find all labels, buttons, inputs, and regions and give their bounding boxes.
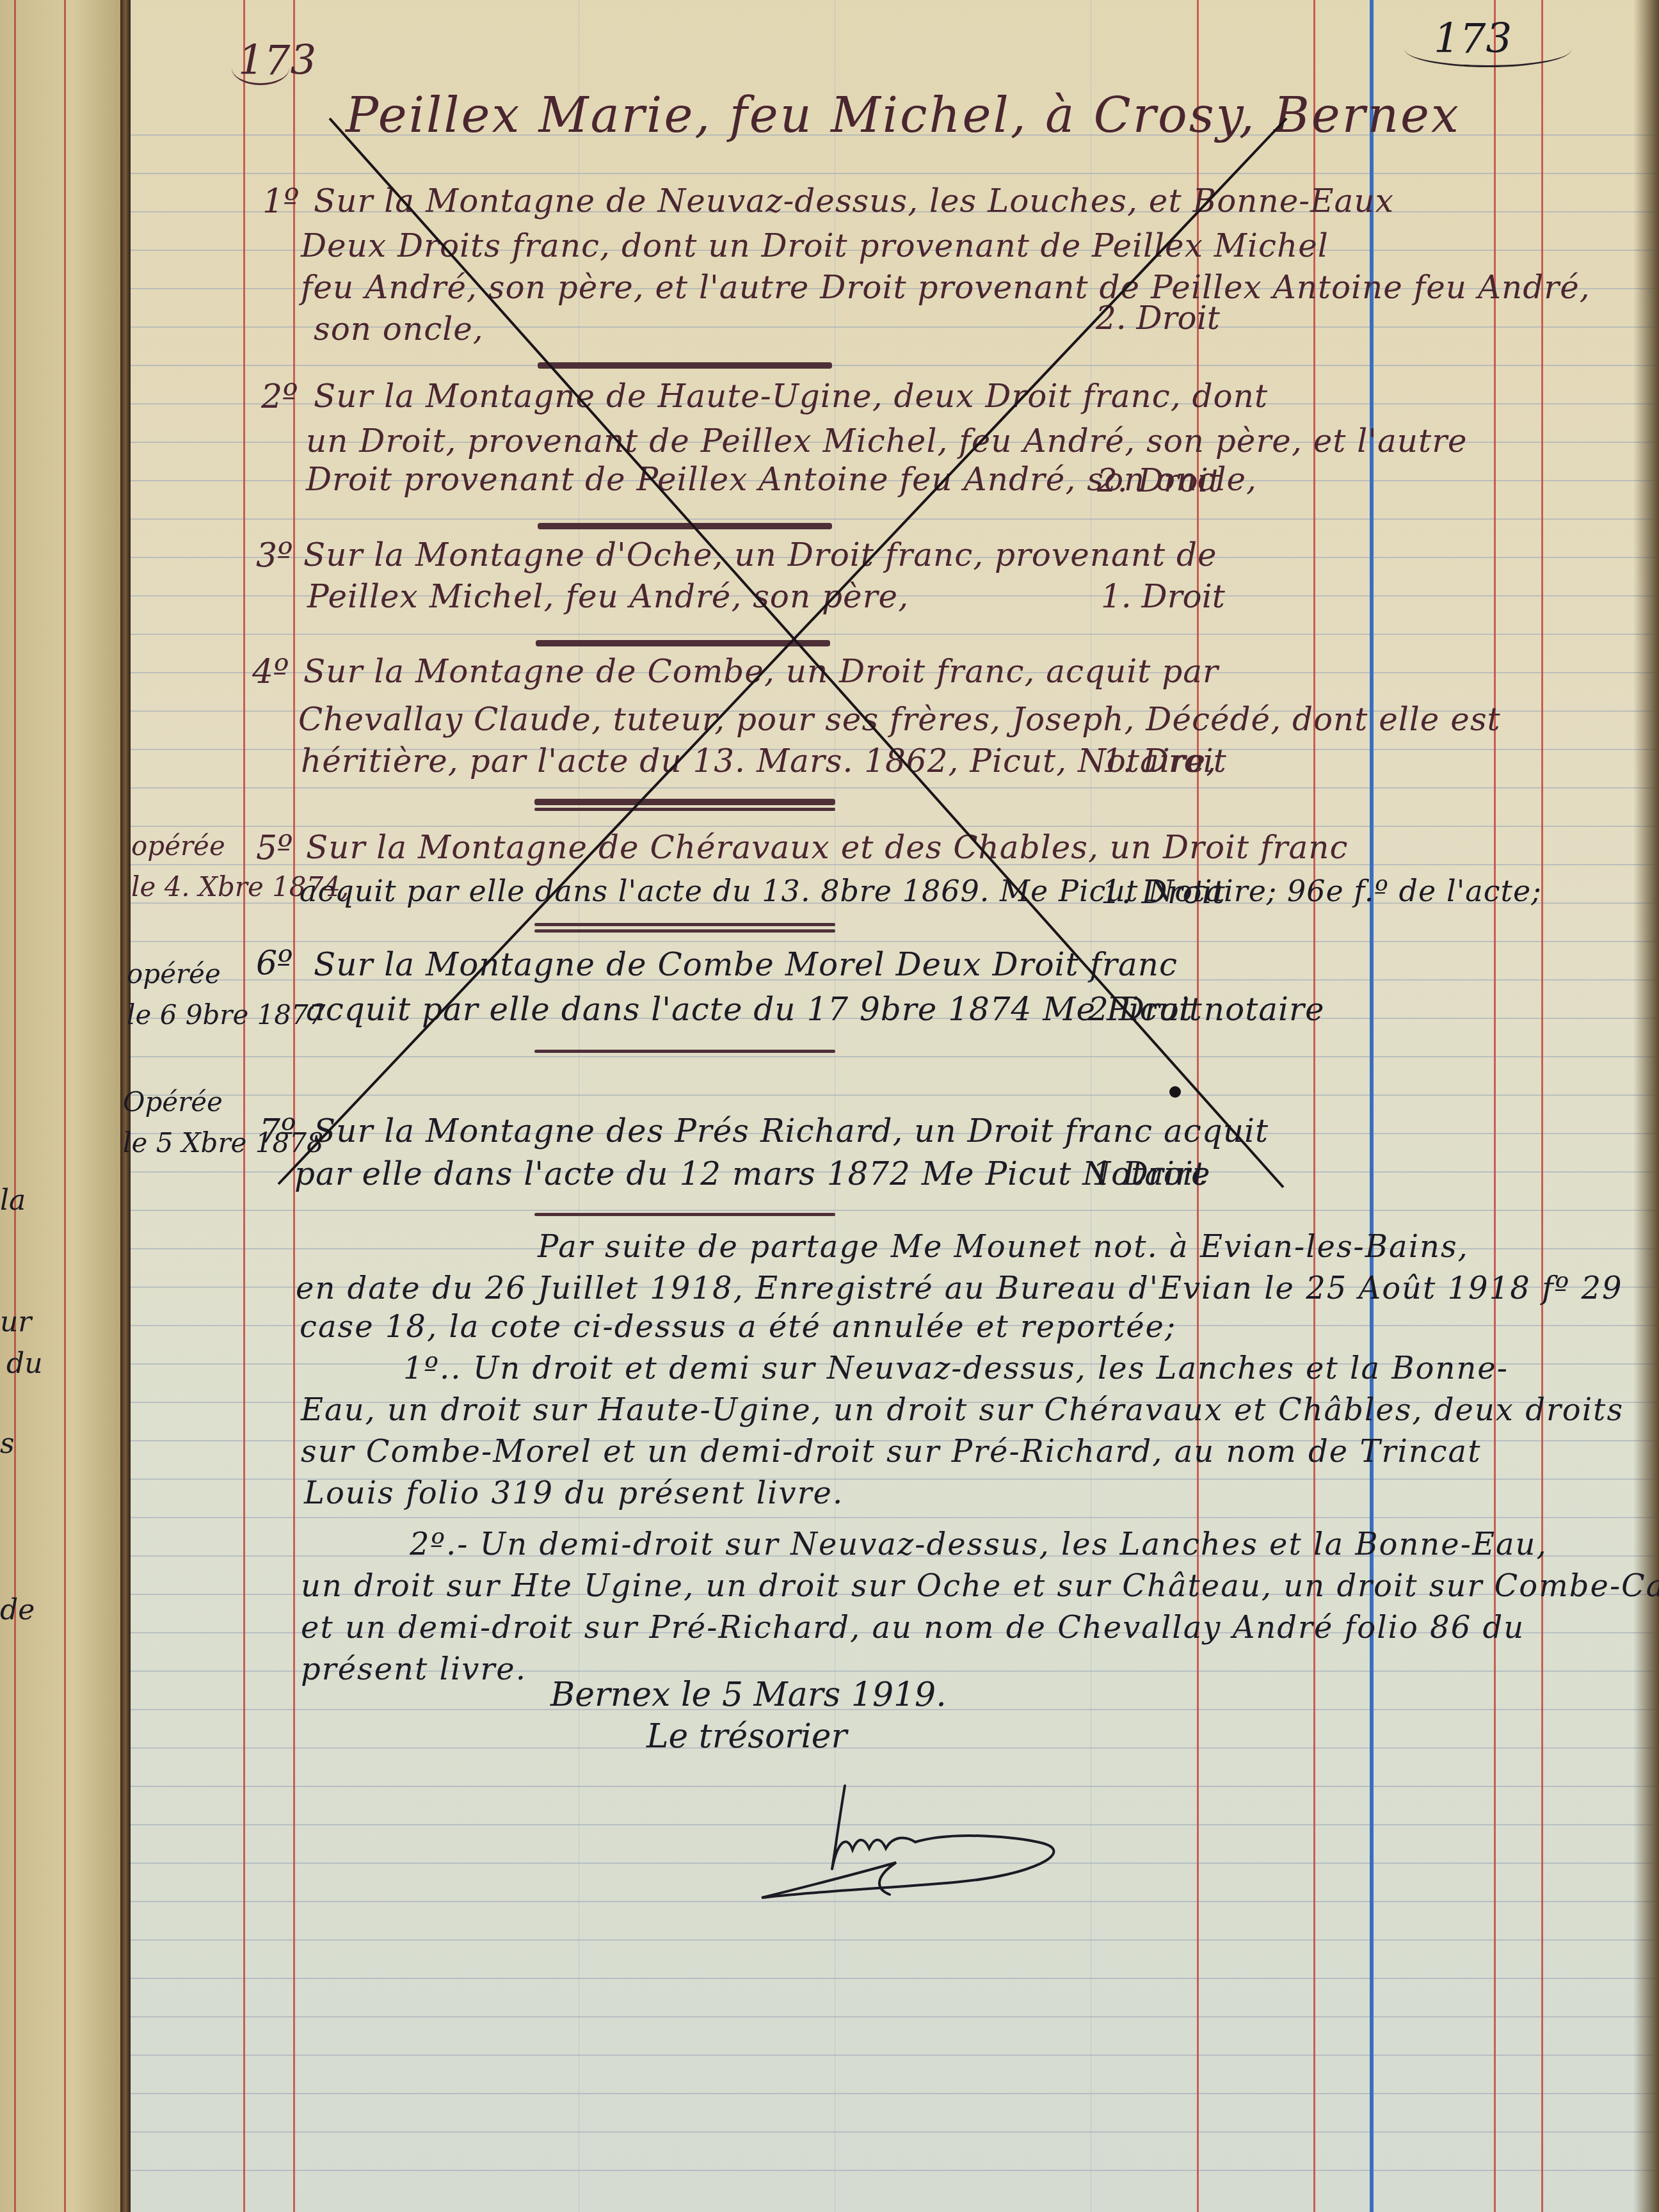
ruled-line — [131, 2016, 1659, 2017]
signature-icon — [685, 1773, 1146, 1901]
entry-line: son oncle, — [314, 310, 484, 348]
column-rule-blue — [1370, 0, 1374, 2212]
account-title: Peillex Marie, feu Michel, à Crosy, Bern… — [346, 86, 1461, 143]
place-and-date: Bernex le 5 Mars 1919. — [550, 1676, 947, 1714]
ruled-line — [131, 826, 1659, 827]
treasurer-signature — [685, 1773, 1146, 1903]
page-edge-shadow — [1633, 0, 1659, 2212]
column-rule-red — [1541, 0, 1543, 2212]
left-page-fragment: ur — [0, 1306, 31, 1338]
entry-separator — [534, 929, 835, 933]
annotation-line: 1º.. Un droit et demi sur Neuvaz-dessus,… — [403, 1350, 1509, 1386]
annotation-line: présent livre. — [301, 1651, 527, 1687]
ruled-line — [131, 1747, 1659, 1749]
entry-quantity: 1. Droit — [1101, 874, 1225, 911]
left-page-fragment: la — [0, 1184, 26, 1217]
left-page-fragment: s — [0, 1427, 15, 1460]
ruled-line — [131, 2131, 1659, 2133]
ruled-line — [131, 365, 1659, 366]
left-page-fragment: du — [6, 1347, 43, 1380]
entry-line: Sur la Montagne de Chéravaux et des Chab… — [306, 829, 1348, 866]
entry-number: 2º — [261, 378, 298, 416]
entry-number: 4º — [252, 653, 289, 691]
annotation-line: sur Combe-Morel et un demi-droit sur Pré… — [301, 1434, 1481, 1470]
entry-quantity: 2. Droit — [1096, 300, 1220, 337]
column-rule-red — [1313, 0, 1315, 2212]
entry-line: héritière, par l'acte du 13. Mars. 1862,… — [301, 742, 1217, 780]
entry-number: 3º — [256, 536, 293, 575]
entry-line: Chevallay Claude, tuteur, pour ses frère… — [298, 701, 1501, 738]
entry-line: Sur la Montagne de Combe Morel Deux Droi… — [314, 946, 1178, 983]
signatory-title: Le trésorier — [646, 1717, 847, 1756]
annotation-line: un droit sur Hte Ugine, un droit sur Och… — [301, 1568, 1659, 1604]
entry-quantity: 1. Droit — [1102, 742, 1226, 780]
ruled-line — [131, 634, 1659, 635]
left-page-red-rule — [64, 0, 66, 2212]
entry-separator — [534, 1213, 835, 1216]
grid-rule — [579, 0, 579, 2212]
entry-separator — [534, 923, 835, 926]
ruled-line — [131, 2170, 1659, 2171]
entry-number: 5º — [256, 829, 293, 867]
ruled-line — [131, 518, 1659, 520]
entry-line: Sur la Montagne de Haute-Ugine, deux Dro… — [314, 378, 1268, 415]
entry-line: un Droit, provenant de Peillex Michel, f… — [306, 422, 1468, 460]
entry-line: feu André, son père, et l'autre Droit pr… — [301, 269, 1591, 306]
ruled-line — [131, 1978, 1659, 1979]
ruled-line — [131, 941, 1659, 942]
annotation-line: Par suite de partage Me Mounet not. à Ev… — [538, 1229, 1469, 1265]
entry-quantity: 2 Droit — [1088, 991, 1202, 1028]
entry-line: Sur la Montagne des Prés Richard, un Dro… — [314, 1112, 1269, 1150]
entry-number: 7º — [259, 1112, 296, 1151]
entry-separator — [534, 808, 835, 811]
entry-number: 1º — [262, 182, 300, 221]
entry-separator — [538, 523, 832, 529]
annotation-line: 2º.- Un demi-droit sur Neuvaz-dessus, le… — [410, 1527, 1548, 1562]
entry-line: Deux Droits franc, dont un Droit provena… — [301, 227, 1329, 264]
entry-line: Sur la Montagne de Combe, un Droit franc… — [303, 653, 1219, 690]
annotation-line: Louis folio 319 du présent livre. — [304, 1475, 844, 1511]
ruled-line — [131, 2055, 1659, 2056]
entry-quantity: 1 Droit — [1092, 1155, 1206, 1192]
entry-separator — [534, 1050, 835, 1053]
entry-line: Sur la Montagne de Neuvaz-dessus, les Lo… — [314, 182, 1394, 220]
entry-line: Sur la Montagne d'Oche, un Droit franc, … — [303, 536, 1217, 573]
annotation-line: et un demi-droit sur Pré-Richard, au nom… — [301, 1610, 1525, 1646]
margin-note: opérée le 6 9bre 1877 — [127, 954, 326, 1036]
entry-separator — [534, 799, 835, 805]
ruled-line — [131, 1939, 1659, 1941]
left-page-red-rule — [14, 0, 16, 2212]
folio-flourish — [232, 51, 289, 85]
ruled-line — [131, 2093, 1659, 2094]
entry-quantity: 1. Droit — [1101, 578, 1225, 615]
column-rule-red — [1494, 0, 1496, 2212]
entry-separator — [536, 640, 830, 646]
entry-number: 6º — [256, 944, 293, 982]
entry-quantity: 2. Droit — [1097, 462, 1221, 499]
entry-line: acquit par elle dans l'acte du 13. 8bre … — [300, 874, 1542, 908]
ruled-line — [131, 1094, 1659, 1096]
ruled-line — [131, 787, 1659, 789]
folio-flourish — [1405, 32, 1571, 67]
ruled-line — [131, 1517, 1659, 1518]
ruled-line — [131, 1056, 1659, 1057]
entry-separator — [538, 362, 832, 369]
entry-line: Peillex Michel, feu André, son père, — [307, 578, 909, 615]
annotation-line: Eau, un droit sur Haute-Ugine, un droit … — [301, 1392, 1624, 1428]
annotation-line: case 18, la cote ci-dessus a été annulée… — [300, 1309, 1176, 1345]
annotation-line: en date du 26 Juillet 1918, Enregistré a… — [296, 1270, 1623, 1306]
ruled-line — [131, 1210, 1659, 1211]
entry-line: par elle dans l'acte du 12 mars 1872 Me … — [294, 1155, 1211, 1192]
ruled-line — [131, 173, 1659, 174]
left-facing-page: la ur du s de — [0, 0, 122, 2212]
left-page-fragment: de — [0, 1594, 35, 1626]
